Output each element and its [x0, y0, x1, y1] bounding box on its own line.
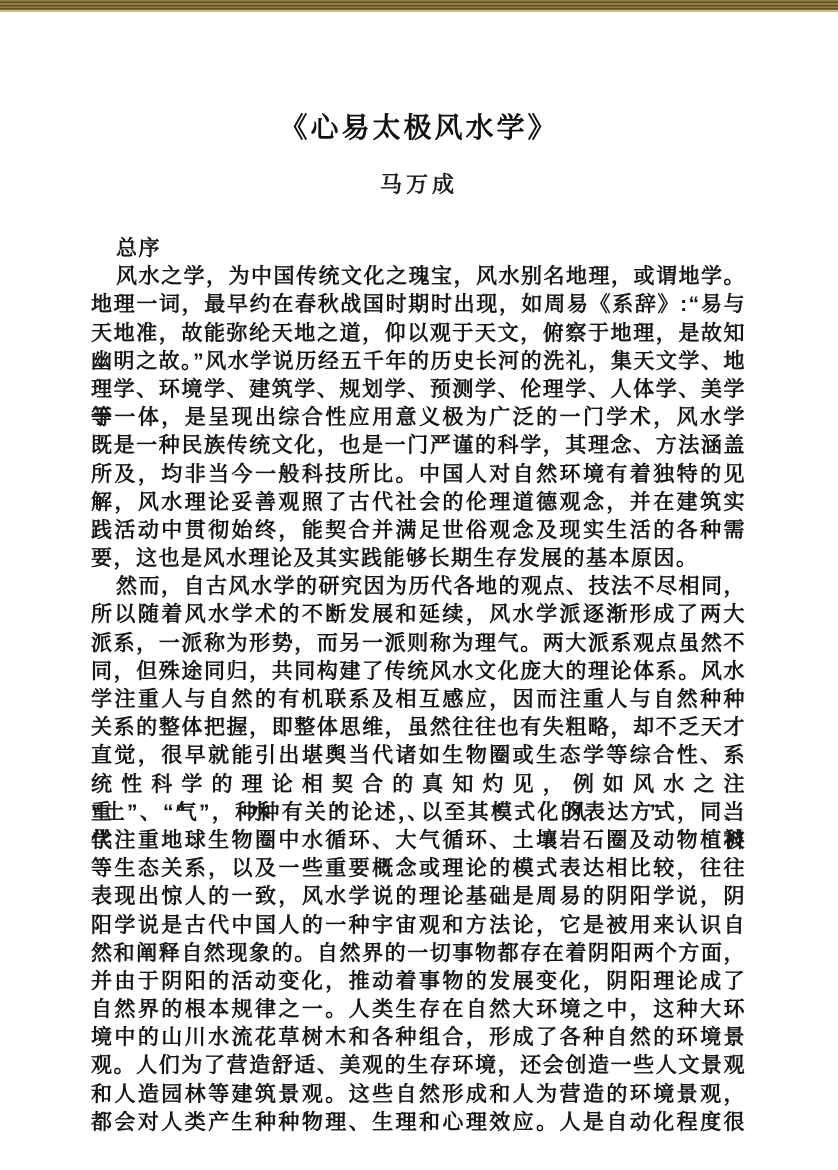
- document-author: 马万成: [0, 172, 838, 198]
- text-line: 所以随着风水学术的不断发展和延续，风水学派逐渐形成了两大: [91, 601, 746, 629]
- text-line: 所及，均非当今一般科技所比。中国人对自然环境有着独特的见: [91, 461, 746, 489]
- text-line: 和人造园林等建筑景观。这些自然形成和人为营造的环境景观，: [91, 1081, 746, 1109]
- text-line: 地理一词，最早约在春秋战国时期时出现，如周易《系辞》:“易与: [91, 291, 746, 319]
- text-line: 表现出惊人的一致，风水学说的理论基础是周易的阴阳学说，阴: [91, 883, 746, 911]
- text-line: 践活动中贯彻始终，能契合并满足世俗观念及现实生活的各种需: [91, 517, 746, 545]
- text-line: 解，风水理论妥善观照了古代社会的伦理道德观念，并在建筑实: [91, 489, 746, 517]
- text-line: 幽明之故。”风水学说历经五千年的历史长河的洗礼，集天文学、地: [91, 348, 746, 376]
- text-line: 统性科学的理论相契合的真知灼见，例如风水之注重“水”、“风”、: [91, 771, 746, 799]
- text-line: 要，这也是风水理论及其实践能够长期生存发展的基本原因。: [91, 545, 746, 573]
- document-title: 《心易太极风水学》: [0, 111, 838, 145]
- text-line: 自然界的根本规律之一。人类生存在自然大环境之中，这种大环: [91, 996, 746, 1024]
- decorative-top-border: [0, 0, 838, 12]
- text-line: 等生态关系，以及一些重要概念或理论的模式表达相比较，往往: [91, 855, 746, 883]
- text-line: 并由于阴阳的活动变化，推动着事物的发展变化，阴阳理论成了: [91, 968, 746, 996]
- document-page: 《心易太极风水学》 马万成 总序 风水之学，为中国传统文化之瑰宝，风水别名地理，…: [0, 0, 838, 1170]
- text-line: 然和阐释自然现象的。自然界的一切事物都存在着阴阳两个方面，: [91, 940, 746, 968]
- text-line: 同，但殊途同归，共同构建了传统风水文化庞大的理论体系。风水: [91, 658, 746, 686]
- text-line: 学注重地球生物圈中水循环、大气循环、土壤岩石圈及动物植被: [91, 827, 746, 855]
- text-line: 观。人们为了营造舒适、美观的生存环境，还会创造一些人文景观: [91, 1052, 746, 1080]
- text-line: 于一体，是呈现出综合性应用意义极为广泛的一门学术，风水学: [91, 404, 746, 432]
- section-heading: 总序: [91, 235, 746, 263]
- text-line: 既是一种民族传统文化，也是一门严谨的科学，其理念、方法涵盖: [91, 432, 746, 460]
- text-line: 天地准，故能弥纶天地之道，仰以观于天文，俯察于地理，是故知: [91, 320, 746, 348]
- text-line: 都会对人类产生种种物理、生理和心理效应。人是自动化程度很: [91, 1109, 746, 1137]
- text-line: 境中的山川水流花草树木和各种组合，形成了各种自然的环境景: [91, 1024, 746, 1052]
- text-line: 然而，自古风水学的研究因为历代各地的观点、技法不尽相同，: [91, 573, 746, 601]
- text-line: 理学、环境学、建筑学、规划学、预测学、伦理学、人体学、美学等: [91, 376, 746, 404]
- text-line: 关系的整体把握，即整体思维，虽然往往也有失粗略，却不乏天才: [91, 714, 746, 742]
- text-line: 派系，一派称为形势，而另一派则称为理气。两大派系观点虽然不: [91, 630, 746, 658]
- document-body: 总序 风水之学，为中国传统文化之瑰宝，风水别名地理，或谓地学。地理一词，最早约在…: [0, 235, 838, 1137]
- text-line: 风水之学，为中国传统文化之瑰宝，风水别名地理，或谓地学。: [91, 263, 746, 291]
- text-line: 阳学说是古代中国人的一种宇宙观和方法论，它是被用来认识自: [91, 912, 746, 940]
- text-line: 直觉，很早就能引出堪舆当代诸如生物圈或生态学等综合性、系: [91, 742, 746, 770]
- text-line: 学注重人与自然的有机联系及相互感应，因而注重人与自然种种: [91, 686, 746, 714]
- text-line: “土”、“气”，种种有关的论述，以至其模式化的表达方式，同当代科: [91, 799, 746, 827]
